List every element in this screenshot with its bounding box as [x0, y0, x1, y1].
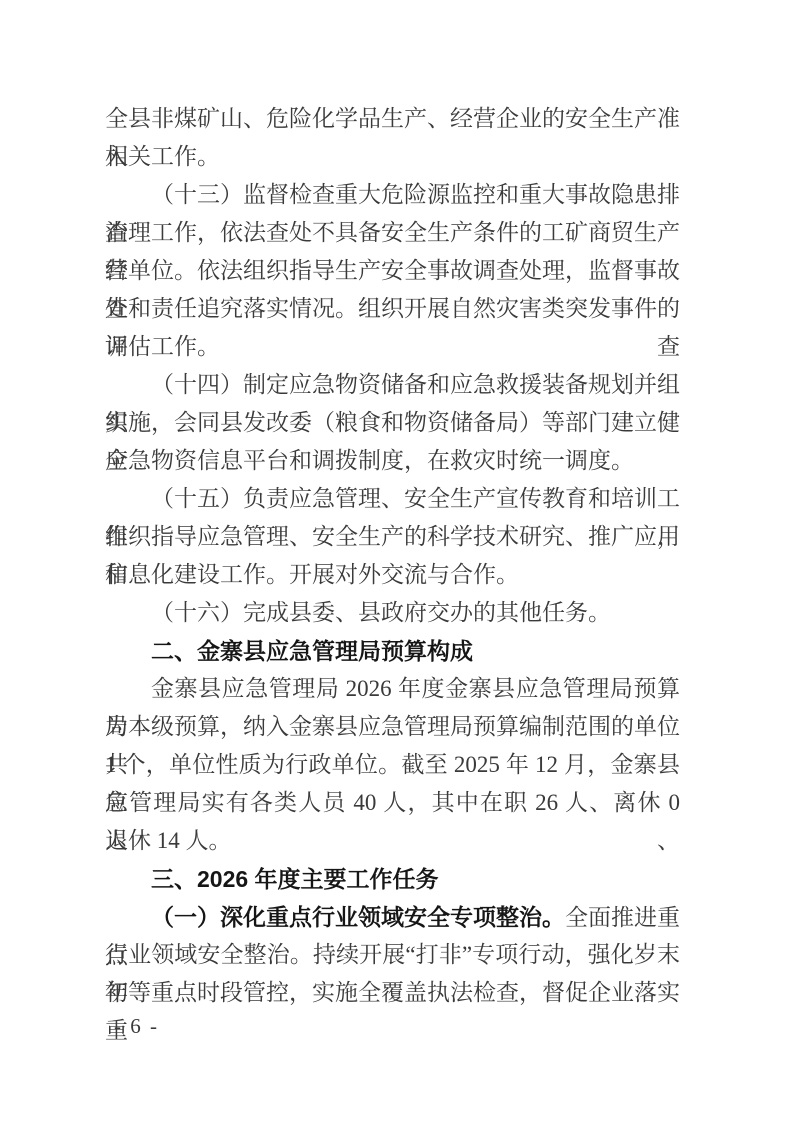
section-heading-3: 三、2026 年度主要工作任务: [105, 860, 680, 898]
doc-line-text: （十六）完成县委、县政府交办的其他任务。: [151, 600, 611, 625]
doc-line: 行业领域安全整治。持续开展“打非”专项行动，强化岁末年: [105, 936, 680, 974]
doc-line: 局本级预算，纳入金寨县应急管理局预算编制范围的单位共: [105, 708, 680, 746]
doc-line: 信息化建设工作。开展对外交流与合作。: [105, 556, 680, 594]
section-heading-text: 三、2026 年度主要工作任务: [151, 866, 439, 892]
doc-line: 金寨县应急管理局 2026 年度金寨县应急管理局预算为: [105, 670, 680, 708]
doc-line: （十六）完成县委、县政府交办的其他任务。: [105, 594, 680, 632]
doc-line: 治理工作，依法查处不具备安全生产条件的工矿商贸生产经: [105, 214, 680, 252]
doc-line: 实施，会同县发改委（粮食和物资储备局）等部门建立健全: [105, 404, 680, 442]
doc-line: 营单位。依法组织指导生产安全事故调查处理，监督事故查: [105, 252, 680, 290]
page-number: - 6 -: [114, 1013, 159, 1039]
doc-line: 初等重点时段管控，实施全覆盖执法检查，督促企业落实重: [105, 974, 680, 1012]
doc-line: 处和责任追究落实情况。组织开展自然灾害类突发事件的调查: [105, 290, 680, 328]
text-content: 全县非煤矿山、危险化学品生产、经营企业的安全生产准入 相关工作。 （十三）监督检…: [105, 100, 680, 1012]
doc-line: 急管理局实有各类人员 40 人，其中在职 26 人、离休 0 人、: [105, 784, 680, 822]
doc-line-text: 信息化建设工作。开展对外交流与合作。: [105, 562, 519, 587]
doc-line: 组织指导应急管理、安全生产的科学技术研究、推广应用和: [105, 518, 680, 556]
doc-line: 1 个，单位性质为行政单位。截至 2025 年 12 月，金寨县应: [105, 746, 680, 784]
doc-line-text: 相关工作。: [105, 144, 220, 169]
doc-line: 应急物资信息平台和调拨制度，在救灾时统一调度。: [105, 442, 680, 480]
doc-line: 全县非煤矿山、危险化学品生产、经营企业的安全生产准入: [105, 100, 680, 138]
section-heading-text: 二、金寨县应急管理局预算构成: [151, 638, 473, 664]
doc-line: （一）深化重点行业领域安全专项整治。全面推进重点: [105, 898, 680, 936]
doc-line-text: 退休 14 人。: [105, 828, 232, 853]
paragraph-bold-lead: （一）深化重点行业领域安全专项整治。: [151, 904, 565, 930]
doc-line-text: 应急物资信息平台和调拨制度，在救灾时统一调度。: [105, 448, 634, 473]
doc-line-text: 评估工作。: [105, 334, 220, 359]
document-page: 全县非煤矿山、危险化学品生产、经营企业的安全生产准入 相关工作。 （十三）监督检…: [0, 0, 793, 1122]
doc-line: 相关工作。: [105, 138, 680, 176]
doc-line: （十四）制定应急物资储备和应急救援装备规划并组织: [105, 366, 680, 404]
section-heading-2: 二、金寨县应急管理局预算构成: [105, 632, 680, 670]
doc-line: （十五）负责应急管理、安全生产宣传教育和培训工作，: [105, 480, 680, 518]
doc-line-text: 初等重点时段管控，实施全覆盖执法检查，督促企业落实重: [105, 980, 680, 1043]
doc-line: （十三）监督检查重大危险源监控和重大事故隐患排查: [105, 176, 680, 214]
